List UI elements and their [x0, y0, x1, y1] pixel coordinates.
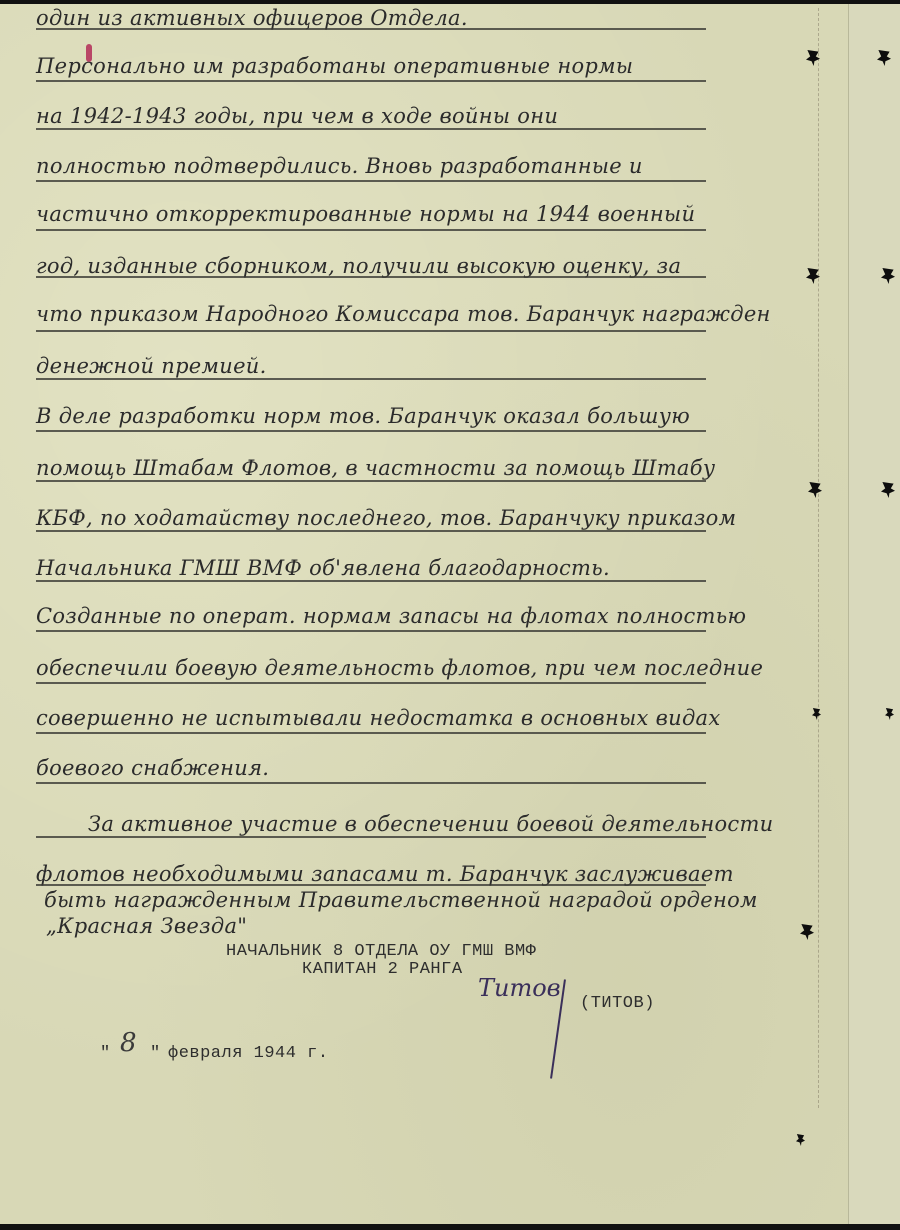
rule-line: [36, 580, 706, 582]
text-line-9: В деле разработки норм тов. Баранчук ока…: [36, 404, 690, 428]
signatory-rank: КАПИТАН 2 РАНГА: [302, 960, 463, 979]
adjacent-page-strip: [848, 4, 900, 1224]
date-open-quote: ": [100, 1044, 111, 1063]
text-line-8: денежной премией.: [36, 354, 267, 378]
binding-hole: [796, 1134, 805, 1146]
handwritten-signature: Титов: [478, 974, 561, 1002]
text-line-17: За активное участие в обеспечении боевой…: [88, 812, 774, 836]
binding-hole: [808, 482, 822, 498]
rule-line: [36, 276, 706, 278]
rule-line: [36, 732, 706, 734]
rule-line: [36, 128, 706, 130]
rule-line: [36, 330, 706, 332]
text-line-2: Персонально им разработаны оперативные н…: [36, 54, 633, 78]
rule-line: [36, 630, 706, 632]
date-day: 8: [120, 1028, 137, 1058]
binding-hole: [881, 268, 895, 284]
text-line-7: что приказом Народного Комиссара тов. Ба…: [36, 302, 771, 326]
binding-hole: [812, 708, 821, 720]
rule-line: [36, 180, 706, 182]
date-close-quote: ": [150, 1044, 161, 1063]
text-line-1: один из активных офицеров Отдела.: [36, 6, 468, 30]
binding-hole: [881, 482, 895, 498]
rule-line: [36, 229, 706, 231]
rule-line: [36, 28, 706, 30]
document-page: один из активных офицеров Отдела. Персон…: [0, 4, 900, 1226]
binding-hole: [885, 708, 894, 720]
rule-line: [36, 782, 706, 784]
text-line-12: Начальника ГМШ ВМФ об'явлена благодарнос…: [36, 556, 610, 580]
rule-line: [36, 530, 706, 532]
text-line-19: быть награжденным Правительственной нагр…: [44, 888, 758, 912]
signatory-position: НАЧАЛЬНИК 8 ОТДЕЛА ОУ ГМШ ВМФ: [226, 942, 536, 961]
text-line-5: частично откорректированные нормы на 194…: [36, 202, 695, 226]
scan-bottom-edge: [0, 1224, 900, 1230]
text-line-4: полностью подтвердились. Вновь разработа…: [36, 154, 643, 178]
rule-line: [36, 480, 706, 482]
rule-line: [36, 884, 706, 886]
signatory-name: (ТИТОВ): [580, 994, 655, 1013]
text-line-10: помощь Штабам Флотов, в частности за пом…: [36, 456, 715, 480]
rule-line: [36, 430, 706, 432]
text-line-13: Созданные по операт. нормам запасы на фл…: [36, 604, 746, 628]
rule-line: [36, 80, 706, 82]
text-line-18: флотов необходимыми запасами т. Баранчук…: [36, 862, 734, 886]
page-fold-line: [818, 8, 819, 1108]
text-line-14: обеспечили боевую деятельность флотов, п…: [36, 656, 763, 680]
binding-hole: [877, 50, 891, 66]
text-line-3: на 1942-1943 годы, при чем в ходе войны …: [36, 104, 558, 128]
text-line-6: год, изданные сборником, получили высоку…: [36, 254, 681, 278]
rule-line: [36, 682, 706, 684]
text-line-11: КБФ, по ходатайству последнего, тов. Бар…: [36, 506, 736, 530]
text-line-20: „Красная Звезда": [46, 914, 247, 938]
text-line-16: боевого снабжения.: [36, 756, 269, 780]
rule-line: [36, 836, 706, 838]
rule-line: [36, 378, 706, 380]
binding-hole: [800, 924, 814, 940]
text-line-15: совершенно не испытывали недостатка в ос…: [36, 706, 721, 730]
date-month-year: февраля 1944 г.: [168, 1044, 329, 1063]
